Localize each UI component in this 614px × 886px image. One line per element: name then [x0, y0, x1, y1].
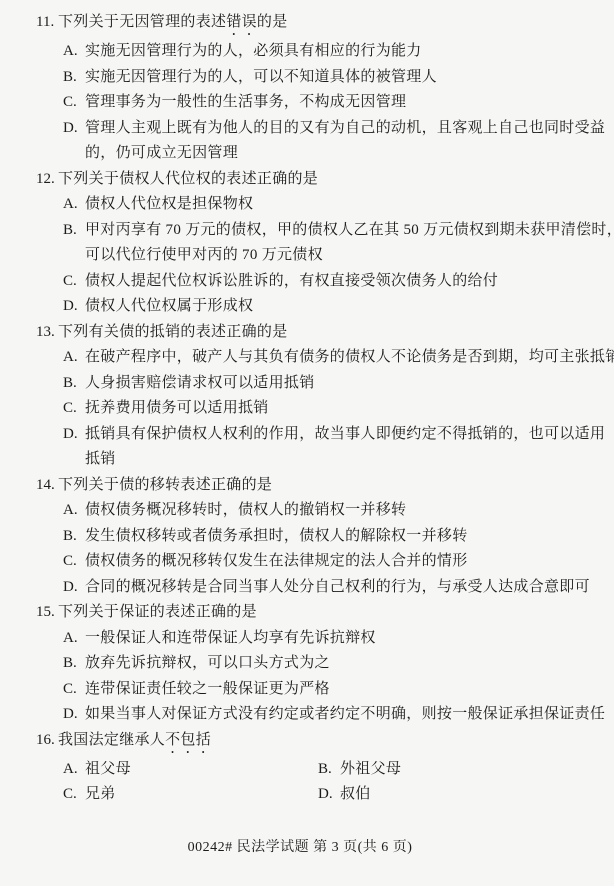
question-stem: 14.下列关于债的移转表述正确的是: [36, 473, 614, 499]
option-text: 抵销具有保护债权人权利的作用，故当事人即便约定不得抵销的，也可以适用抵销: [85, 422, 605, 473]
options-group: A.一般保证人和连带保证人均享有先诉抗辩权B.放弃先诉抗辩权，可以口头方式为之C…: [63, 626, 614, 728]
answer-option: B.人身损害赔偿请求权可以适用抵销: [63, 371, 614, 397]
answer-option: A.一般保证人和连带保证人均享有先诉抗辩权: [63, 626, 614, 652]
option-line: 债权人提起代位权诉讼胜诉的，有权直接受领次债务人的给付: [85, 269, 498, 295]
answer-option: A.债权人代位权是担保物权: [63, 192, 614, 218]
question-list: 11.下列关于无因管理的表述错误的是A.实施无因管理行为的人，必须具有相应的行为…: [36, 10, 614, 808]
option-label: B.: [63, 371, 85, 397]
emphasized-text: 不包括: [165, 732, 211, 748]
option-line: 放弃先诉抗辩权，可以口头方式为之: [85, 651, 330, 677]
option-label: B.: [318, 757, 340, 783]
answer-option: B.放弃先诉抗辩权，可以口头方式为之: [63, 651, 614, 677]
option-line: 债权债务的概况移转仅发生在法律规定的法人合并的情形: [85, 549, 468, 575]
answer-option: C.管理事务为一般性的生活事务，不构成无因管理: [63, 90, 614, 116]
option-text: 债权人代位权属于形成权: [85, 294, 253, 320]
option-label: B.: [63, 218, 85, 244]
options-group: A.债权人代位权是担保物权B.甲对丙享有 70 万元的债权，甲的债权人乙在其 5…: [63, 192, 614, 320]
answer-option: C.债权债务的概况移转仅发生在法律规定的法人合并的情形: [63, 549, 614, 575]
options-group: A.祖父母B.外祖父母C.兄弟D.叔伯: [63, 757, 614, 808]
option-line: 的，仍可成立无因管理: [85, 141, 605, 167]
option-line: 债权人代位权属于形成权: [85, 294, 253, 320]
option-text: 外祖父母: [340, 757, 401, 783]
option-line: 发生债权移转或者债务承担时，债权人的解除权一并移转: [85, 524, 468, 550]
answer-option: C.抚养费用债务可以适用抵销: [63, 396, 614, 422]
option-text: 管理人主观上既有为他人的目的又有为自己的动机，且客观上自己也同时受益的，仍可成立…: [85, 116, 605, 167]
answer-option: D.抵销具有保护债权人权利的作用，故当事人即便约定不得抵销的，也可以适用抵销: [63, 422, 614, 473]
question-number: 14.: [36, 473, 58, 499]
exam-page: 11.下列关于无因管理的表述错误的是A.实施无因管理行为的人，必须具有相应的行为…: [0, 0, 614, 886]
option-line: 实施无因管理行为的人，可以不知道具体的被管理人: [85, 65, 437, 91]
question: 13.下列有关债的抵销的表述正确的是A.在破产程序中，破产人与其负有债务的债权人…: [36, 320, 614, 473]
answer-option: A.实施无因管理行为的人，必须具有相应的行为能力: [63, 39, 614, 65]
question-stem-text: 下列关于债权人代位权的表述正确的是: [58, 167, 318, 193]
answer-option: B.实施无因管理行为的人，可以不知道具体的被管理人: [63, 65, 614, 91]
question-number: 16.: [36, 728, 58, 757]
answer-option: D.如果当事人对保证方式没有约定或者约定不明确，则按一般保证承担保证责任: [63, 702, 614, 728]
answer-option: C.连带保证责任较之一般保证更为严格: [63, 677, 614, 703]
answer-option: C.债权人提起代位权诉讼胜诉的，有权直接受领次债务人的给付: [63, 269, 614, 295]
stem-fragment: 下列关于债的移转表述正确的是: [58, 477, 272, 493]
option-line: 实施无因管理行为的人，必须具有相应的行为能力: [85, 39, 422, 65]
option-line: 外祖父母: [340, 757, 401, 783]
option-line: 管理事务为一般性的生活事务，不构成无因管理: [85, 90, 406, 116]
option-line: 人身损害赔偿请求权可以适用抵销: [85, 371, 315, 397]
answer-option: B.甲对丙享有 70 万元的债权，甲的债权人乙在其 50 万元债权到期未获甲清偿…: [63, 218, 614, 269]
option-text: 管理事务为一般性的生活事务，不构成无因管理: [85, 90, 406, 116]
option-text: 连带保证责任较之一般保证更为严格: [85, 677, 330, 703]
question-stem: 16.我国法定继承人不包括: [36, 728, 614, 757]
page-footer: 00242# 民法学试题 第 3 页(共 6 页): [0, 836, 600, 856]
option-text: 抚养费用债务可以适用抵销: [85, 396, 269, 422]
option-label: C.: [63, 269, 85, 295]
answer-option: A.祖父母: [63, 757, 318, 783]
option-label: D.: [63, 294, 85, 320]
option-text: 在破产程序中，破产人与其负有债务的债权人不论债务是否到期，均可主张抵销: [85, 345, 614, 371]
question-stem-text: 下列关于保证的表述正确的是: [58, 600, 257, 626]
option-text: 一般保证人和连带保证人均享有先诉抗辩权: [85, 626, 376, 652]
question-stem: 12.下列关于债权人代位权的表述正确的是: [36, 167, 614, 193]
option-line: 一般保证人和连带保证人均享有先诉抗辩权: [85, 626, 376, 652]
option-line: 兄弟: [85, 782, 116, 808]
option-label: D.: [63, 575, 85, 601]
option-text: 债权人提起代位权诉讼胜诉的，有权直接受领次债务人的给付: [85, 269, 498, 295]
option-line: 合同的概况移转是合同当事人处分自己权利的行为，与承受人达成合意即可: [85, 575, 590, 601]
option-label: C.: [63, 396, 85, 422]
question-stem: 11.下列关于无因管理的表述错误的是: [36, 10, 614, 39]
option-text: 甲对丙享有 70 万元的债权，甲的债权人乙在其 50 万元债权到期未获甲清偿时，…: [85, 218, 614, 269]
option-label: B.: [63, 524, 85, 550]
answer-option: C.兄弟: [63, 782, 318, 808]
question-number: 15.: [36, 600, 58, 626]
stem-fragment: 的是: [257, 14, 288, 30]
option-label: A.: [63, 498, 85, 524]
question-stem-text: 我国法定继承人不包括: [58, 728, 211, 757]
stem-fragment: 下列有关债的抵销的表述正确的是: [58, 324, 288, 340]
option-label: C.: [63, 782, 85, 808]
option-label: B.: [63, 65, 85, 91]
option-line: 债权人代位权是担保物权: [85, 192, 253, 218]
options-group: A.债权债务概况移转时，债权人的撤销权一并移转B.发生债权移转或者债务承担时，债…: [63, 498, 614, 600]
answer-option: D.管理人主观上既有为他人的目的又有为自己的动机，且客观上自己也同时受益的，仍可…: [63, 116, 614, 167]
option-line: 连带保证责任较之一般保证更为严格: [85, 677, 330, 703]
answer-option: B.外祖父母: [318, 757, 614, 783]
question: 14.下列关于债的移转表述正确的是A.债权债务概况移转时，债权人的撤销权一并移转…: [36, 473, 614, 601]
stem-fragment: 我国法定继承人: [58, 732, 165, 748]
option-line: 甲对丙享有 70 万元的债权，甲的债权人乙在其 50 万元债权到期未获甲清偿时，: [85, 218, 614, 244]
option-text: 实施无因管理行为的人，可以不知道具体的被管理人: [85, 65, 437, 91]
option-line: 在破产程序中，破产人与其负有债务的债权人不论债务是否到期，均可主张抵销: [85, 345, 614, 371]
option-label: D.: [63, 422, 85, 448]
question-stem: 13.下列有关债的抵销的表述正确的是: [36, 320, 614, 346]
option-label: D.: [63, 702, 85, 728]
option-text: 实施无因管理行为的人，必须具有相应的行为能力: [85, 39, 422, 65]
option-line: 祖父母: [85, 757, 131, 783]
option-text: 合同的概况移转是合同当事人处分自己权利的行为，与承受人达成合意即可: [85, 575, 590, 601]
option-label: A.: [63, 39, 85, 65]
option-line: 债权债务概况移转时，债权人的撤销权一并移转: [85, 498, 406, 524]
question: 12.下列关于债权人代位权的表述正确的是A.债权人代位权是担保物权B.甲对丙享有…: [36, 167, 614, 320]
question-number: 11.: [36, 10, 58, 39]
stem-fragment: 下列关于保证的表述正确的是: [58, 604, 257, 620]
option-text: 债权债务概况移转时，债权人的撤销权一并移转: [85, 498, 406, 524]
answer-option: D.叔伯: [318, 782, 614, 808]
option-label: D.: [318, 782, 340, 808]
option-label: B.: [63, 651, 85, 677]
answer-option: A.在破产程序中，破产人与其负有债务的债权人不论债务是否到期，均可主张抵销: [63, 345, 614, 371]
option-label: A.: [63, 626, 85, 652]
stem-fragment: 下列关于无因管理的表述: [58, 14, 226, 30]
option-line: 管理人主观上既有为他人的目的又有为自己的动机，且客观上自己也同时受益: [85, 116, 605, 142]
option-text: 如果当事人对保证方式没有约定或者约定不明确，则按一般保证承担保证责任: [85, 702, 605, 728]
option-text: 人身损害赔偿请求权可以适用抵销: [85, 371, 315, 397]
option-text: 祖父母: [85, 757, 131, 783]
option-line: 叔伯: [340, 782, 371, 808]
question-stem-text: 下列有关债的抵销的表述正确的是: [58, 320, 288, 346]
option-line: 抚养费用债务可以适用抵销: [85, 396, 269, 422]
option-text: 债权人代位权是担保物权: [85, 192, 253, 218]
question-stem-text: 下列关于债的移转表述正确的是: [58, 473, 272, 499]
option-text: 放弃先诉抗辩权，可以口头方式为之: [85, 651, 330, 677]
option-label: A.: [63, 192, 85, 218]
option-line: 可以代位行使甲对丙的 70 万元债权: [85, 243, 614, 269]
options-group: A.实施无因管理行为的人，必须具有相应的行为能力B.实施无因管理行为的人，可以不…: [63, 39, 614, 167]
answer-option: D.债权人代位权属于形成权: [63, 294, 614, 320]
option-label: A.: [63, 757, 85, 783]
question-number: 13.: [36, 320, 58, 346]
option-line: 如果当事人对保证方式没有约定或者约定不明确，则按一般保证承担保证责任: [85, 702, 605, 728]
question: 11.下列关于无因管理的表述错误的是A.实施无因管理行为的人，必须具有相应的行为…: [36, 10, 614, 167]
option-text: 兄弟: [85, 782, 116, 808]
question-number: 12.: [36, 167, 58, 193]
question-stem-text: 下列关于无因管理的表述错误的是: [58, 10, 288, 39]
question: 15.下列关于保证的表述正确的是A.一般保证人和连带保证人均享有先诉抗辩权B.放…: [36, 600, 614, 728]
answer-option: D.合同的概况移转是合同当事人处分自己权利的行为，与承受人达成合意即可: [63, 575, 614, 601]
question: 16.我国法定继承人不包括A.祖父母B.外祖父母C.兄弟D.叔伯: [36, 728, 614, 808]
option-text: 叔伯: [340, 782, 371, 808]
option-label: A.: [63, 345, 85, 371]
option-line: 抵销具有保护债权人权利的作用，故当事人即便约定不得抵销的，也可以适用: [85, 422, 605, 448]
option-text: 债权债务的概况移转仅发生在法律规定的法人合并的情形: [85, 549, 468, 575]
option-line: 抵销: [85, 447, 605, 473]
option-text: 发生债权移转或者债务承担时，债权人的解除权一并移转: [85, 524, 468, 550]
emphasized-text: 错误: [226, 14, 257, 30]
options-group: A.在破产程序中，破产人与其负有债务的债权人不论债务是否到期，均可主张抵销B.人…: [63, 345, 614, 473]
option-label: C.: [63, 549, 85, 575]
option-label: D.: [63, 116, 85, 142]
option-label: C.: [63, 90, 85, 116]
answer-option: B.发生债权移转或者债务承担时，债权人的解除权一并移转: [63, 524, 614, 550]
option-label: C.: [63, 677, 85, 703]
question-stem: 15.下列关于保证的表述正确的是: [36, 600, 614, 626]
answer-option: A.债权债务概况移转时，债权人的撤销权一并移转: [63, 498, 614, 524]
stem-fragment: 下列关于债权人代位权的表述正确的是: [58, 171, 318, 187]
